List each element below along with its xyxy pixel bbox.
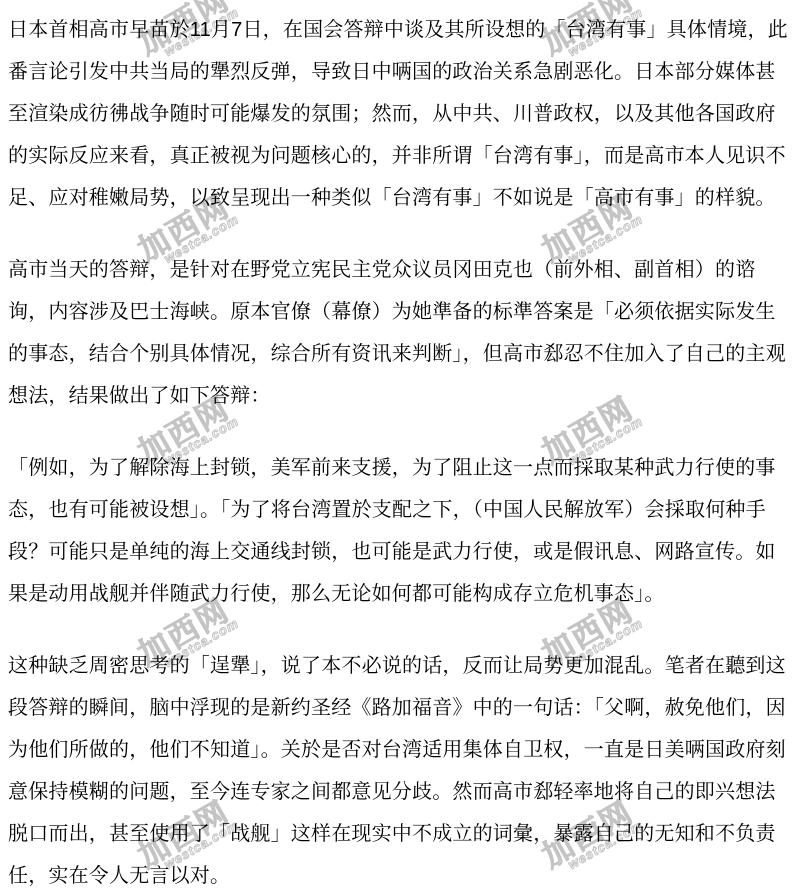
article-paragraph: 这种缺乏周密思考的「逞犟」，说了本不必说的话，反而让局势更加混乱。笔者在聽到这段… (8, 645, 794, 896)
article-paragraph: 「例如，为了解除海上封锁，美军前来支援，为了阻止这一点而採取某种武力行使的事态，… (8, 447, 794, 615)
article-paragraph: 日本首相高市早苗於11月7日，在国会答辩中谈及其所设想的「台湾有事」具体情境，此… (8, 9, 794, 219)
article-body: 日本首相高市早苗於11月7日，在国会答辩中谈及其所设想的「台湾有事」具体情境，此… (0, 0, 800, 896)
article-paragraph: 高市当天的答辩，是针对在野党立宪民主党众议员冈田克也（前外相、副首相）的谘询，内… (8, 249, 794, 417)
article-page: { "page": { "background": "#ffffff", "te… (0, 0, 800, 896)
